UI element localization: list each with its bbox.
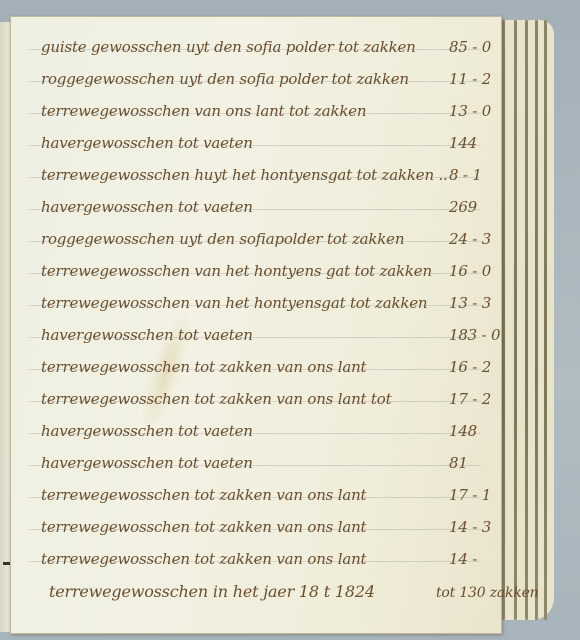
ledger-entry: roggegewosschen uyt den sofiapolder tot … (41, 226, 491, 250)
entry-amount: 13 - 3 (449, 294, 491, 312)
ledger-entry: terrewegewosschen van het hontyensgat to… (41, 290, 491, 314)
entry-description: roggegewosschen uyt den sofiapolder tot … (41, 230, 404, 248)
entry-amount: 14 - (449, 550, 477, 568)
entry-description: terrewegewosschen tot zakken van ons lan… (41, 358, 366, 376)
ledger-entry: terrewegewosschen van het hontyens gat t… (41, 258, 491, 282)
entry-amount: 183 - 0 (449, 326, 500, 344)
entry-description: terrewegewosschen van het hontyens gat t… (41, 262, 432, 280)
entry-amount: 269 (449, 198, 477, 216)
ledger-entry: terrewegewosschen huyt het hontyensgat t… (41, 162, 491, 186)
entry-description: roggegewosschen uyt den sofia polder tot… (41, 70, 409, 88)
entry-description: havergewosschen tot vaeten (41, 422, 253, 440)
entry-description: havergewosschen tot vaeten (41, 326, 253, 344)
entry-description: terrewegewosschen tot zakken van ons lan… (41, 550, 366, 568)
summary-amount: tot 130 zakken (436, 585, 539, 601)
ledger-entry: terrewegewosschen tot zakken van ons lan… (41, 386, 491, 410)
entry-amount: 148 (449, 422, 477, 440)
entry-description: terrewegewosschen huyt het hontyensgat t… (41, 166, 448, 184)
ledger-page: guiste gewosschen uyt den sofia polder t… (10, 16, 502, 634)
entry-description: havergewosschen tot vaeten (41, 198, 253, 216)
entry-description: havergewosschen tot vaeten (41, 454, 253, 472)
entry-description: terrewegewosschen van het hontyensgat to… (41, 294, 427, 312)
entry-description: terrewegewosschen tot zakken van ons lan… (41, 486, 366, 504)
entry-amount: 24 - 3 (449, 230, 491, 248)
entry-amount: 17 - 1 (449, 486, 491, 504)
ledger-entry: terrewegewosschen tot zakken van ons lan… (41, 546, 491, 570)
entry-description: guiste gewosschen uyt den sofia polder t… (41, 38, 416, 56)
ledger-entry: havergewosschen tot vaeten 183 - 0 (41, 322, 491, 346)
ledger-entry: terrewegewosschen tot zakken van ons lan… (41, 514, 491, 538)
entry-amount: 144 (449, 134, 477, 152)
ledger-entry: terrewegewosschen van ons lant tot zakke… (41, 98, 491, 122)
ledger-entry: guiste gewosschen uyt den sofia polder t… (41, 34, 491, 58)
entry-amount: 14 - 3 (449, 518, 491, 536)
entry-description: terrewegewosschen tot zakken van ons lan… (41, 390, 391, 408)
entry-amount: 16 - 0 (449, 262, 491, 280)
entry-description: havergewosschen tot vaeten (41, 134, 253, 152)
ledger-entry: havergewosschen tot vaeten 144 (41, 130, 491, 154)
entry-amount: 85 - 0 (449, 38, 491, 56)
ledger-entry: havergewosschen tot vaeten 81 (41, 450, 491, 474)
ledger-entry: terrewegewosschen tot zakken van ons lan… (41, 354, 491, 378)
entry-amount: 17 - 2 (449, 390, 491, 408)
ledger-entry: havergewosschen tot vaeten 269 (41, 194, 491, 218)
summary-description: terrewegewosschen in het jaer 18 t 1824 (49, 582, 375, 601)
entry-amount: 81 (449, 454, 468, 472)
ledger-summary: terrewegewosschen in het jaer 18 t 1824 … (41, 579, 491, 603)
entry-amount: 13 - 0 (449, 102, 491, 120)
entry-amount: 11 - 2 (449, 70, 491, 88)
entry-amount: 16 - 2 (449, 358, 491, 376)
ledger-entry: havergewosschen tot vaeten 148 (41, 418, 491, 442)
entry-description: terrewegewosschen van ons lant tot zakke… (41, 102, 366, 120)
page-stack-edge (496, 20, 554, 620)
ledger-entry: terrewegewosschen tot zakken van ons lan… (41, 482, 491, 506)
entry-description: terrewegewosschen tot zakken van ons lan… (41, 518, 366, 536)
ledger-entry: roggegewosschen uyt den sofia polder tot… (41, 66, 491, 90)
entry-amount: 8 - 1 (449, 166, 482, 184)
